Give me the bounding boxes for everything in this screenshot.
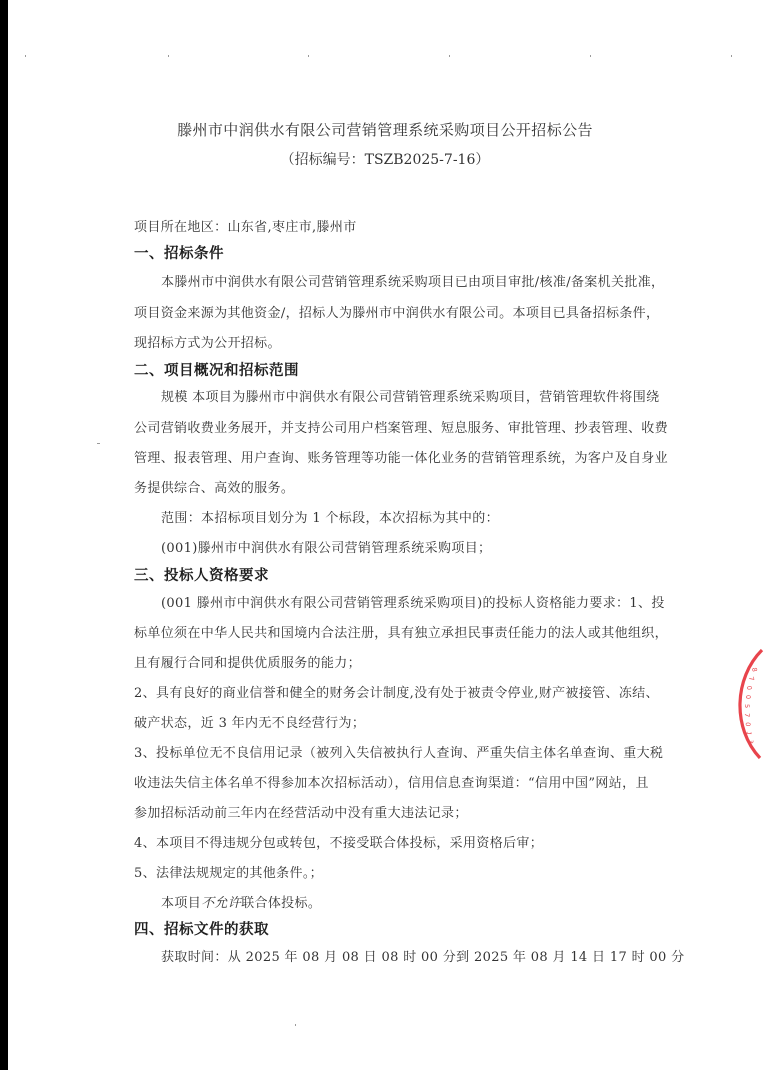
section-heading-document-acquisition: 四、招标文件的获取: [134, 918, 269, 939]
section-heading-bidder-qualifications: 三、投标人资格要求: [134, 564, 269, 585]
paragraph-line: 公司营销收费业务展开，并支持公司用户档案管理、短息服务、审批管理、抄表管理、收费: [134, 417, 668, 436]
svg-text:0: 0: [745, 685, 753, 690]
official-seal-stamp: 8 7 0 0 5 7 0 1 3: [726, 648, 766, 760]
acquisition-time: 获取时间：从 2025 年 08 月 08 日 08 时 00 分到 2025 …: [161, 946, 685, 965]
requirement-5: 5、法律法规规定的其他条件。；: [134, 862, 323, 881]
svg-text:0: 0: [744, 695, 752, 699]
section-heading-tender-conditions: 一、招标条件: [134, 242, 224, 263]
requirement-4: 4、本项目不得违规分包或转包，不接受联合体投标，采用资格后审；: [134, 832, 543, 851]
consortium-suffix: 联合体投标。: [241, 896, 321, 911]
paragraph-line: 收违法失信主体名单不得参加本次招标活动），信用信息查询渠道：“信用中国”网站，且: [134, 772, 649, 791]
paragraph-line: 项目资金来源为其他资金/，招标人为滕州市中润供水有限公司。本项目已具备招标条件，: [134, 302, 659, 321]
requirement-3: 3、投标单位无不良信用记录（被列入失信被执行人查询、严重失信主体名单查询、重大税: [134, 742, 663, 761]
requirement-2: 2、具有良好的商业信誉和健全的财务会计制度,没有处于被责令停业,财产被接管、冻结…: [134, 682, 659, 701]
svg-text:7: 7: [747, 676, 756, 681]
svg-text:7: 7: [743, 713, 751, 717]
lot-item: (001)滕州市中润供水有限公司营销管理系统采购项目；: [161, 537, 491, 556]
paragraph-line: 务提供综合、高效的服务。: [134, 477, 294, 496]
paragraph-line: 且有履行合同和提供优质服务的能力；: [134, 652, 361, 671]
consortium-prefix: 本项目: [161, 896, 201, 911]
paragraph-line: 参加招标活动前三年内在经营活动中没有重大违法记录；: [134, 802, 468, 821]
scope-line: 范围：本招标项目划分为 1 个标段，本次招标为其中的：: [161, 507, 499, 526]
paragraph-line: 现招标方式为公开招标。: [134, 332, 281, 351]
paragraph-line: 本滕州市中润供水有限公司营销管理系统采购项目已由项目审批/核准/备案机关批准，: [161, 271, 664, 290]
paragraph-line: 破产状态，近 3 年内无不良经营行为；: [134, 712, 365, 731]
consortium-emphasis: 不允许: [201, 896, 241, 911]
svg-text:5: 5: [743, 704, 751, 708]
svg-text:0: 0: [744, 722, 752, 727]
consortium-statement: 本项目不允许联合体投标。: [161, 892, 321, 911]
paragraph-line: 标单位须在中华人民共和国境内合法注册，具有独立承担民事责任能力的法人或其他组织，: [134, 622, 668, 641]
svg-text:8: 8: [750, 667, 759, 672]
paragraph-line: (001 滕州市中润供水有限公司营销管理系统采购项目)的投标人资格能力要求：1、…: [161, 592, 665, 611]
section-heading-project-overview: 二、项目概况和招标范围: [134, 359, 299, 380]
project-location: 项目所在地区：山东省,枣庄市,滕州市: [134, 216, 357, 235]
paragraph-line: 规模 本项目为滕州市中润供水有限公司营销管理系统采购项目，营销管理软件将围绕: [161, 386, 659, 405]
document-page: 滕州市中润供水有限公司营销管理系统采购项目公开招标公告 （招标编号：TSZB20…: [0, 0, 770, 1070]
paragraph-line: 管理、报表管理、用户查询、账务管理等功能一体化业务的营销管理系统，为客户及自身业: [134, 447, 668, 466]
document-title: 滕州市中润供水有限公司营销管理系统采购项目公开招标公告: [0, 119, 770, 140]
tender-number: （招标编号：TSZB2025-7-16）: [0, 149, 770, 169]
